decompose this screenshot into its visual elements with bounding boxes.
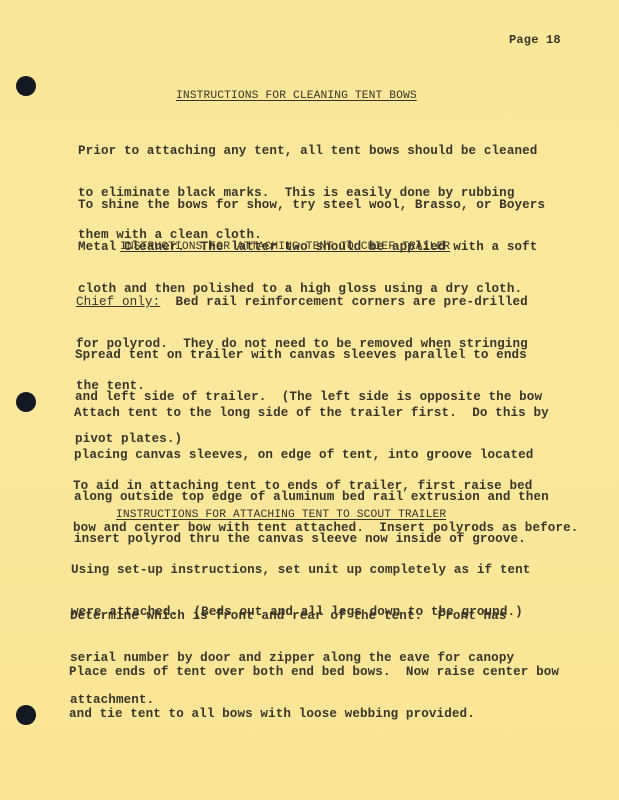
text-line: and tie tent to all bows with loose webb…	[69, 707, 559, 721]
text-line: Chief only: Bed rail reinforcement corne…	[76, 295, 528, 309]
section-heading-chief-trailer: INSTRUCTIONS FOR ATTACHING TENT TO CHIEF…	[120, 241, 450, 253]
page-number: Page 18	[509, 33, 561, 47]
document-page: Page 18 INSTRUCTIONS FOR CLEANING TENT B…	[0, 0, 619, 800]
text-line: To aid in attaching tent to ends of trai…	[73, 479, 578, 493]
text-line: Place ends of tent over both end bed bow…	[69, 665, 559, 679]
chief-only-label: Chief only:	[76, 295, 160, 309]
paragraph-place-ends: Place ends of tent over both end bed bow…	[69, 637, 559, 749]
text-line: Prior to attaching any tent, all tent bo…	[78, 144, 537, 158]
section-heading-cleaning: INSTRUCTIONS FOR CLEANING TENT BOWS	[176, 90, 417, 102]
text-line: Attach tent to the long side of the trai…	[74, 406, 549, 420]
text-line: Using set-up instructions, set unit up c…	[71, 563, 530, 577]
text-line: Spread tent on trailer with canvas sleev…	[75, 348, 542, 362]
text-line: Determine which is front and rear of the…	[70, 609, 514, 623]
section-heading-scout-trailer: INSTRUCTIONS FOR ATTACHING TENT TO SCOUT…	[116, 509, 446, 521]
hole-punch-bottom	[16, 705, 36, 725]
text-line: To shine the bows for show, try steel wo…	[78, 198, 545, 212]
text-span: Bed rail reinforcement corners are pre-d…	[160, 295, 528, 309]
text-line: bow and center bow with tent attached. I…	[73, 521, 578, 535]
hole-punch-middle	[16, 392, 36, 412]
hole-punch-top	[16, 76, 36, 96]
